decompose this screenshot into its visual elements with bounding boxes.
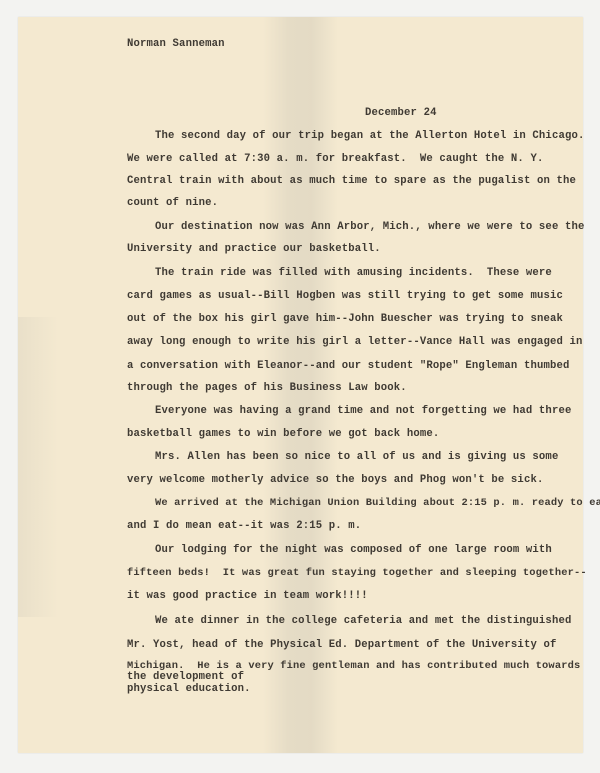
paragraph-6-line-1: We arrived at the Michigan Union Buildin… <box>155 497 600 509</box>
paragraph-5-line-1: Mrs. Allen has been so nice to all of us… <box>155 451 558 463</box>
paragraph-2-line-1: Our destination now was Ann Arbor, Mich.… <box>155 221 584 233</box>
paragraph-2-line-2: University and practice our basketball. <box>127 243 381 255</box>
paragraph-8-line-5: physical education. <box>127 683 251 695</box>
paragraph-3-line-1: The train ride was filled with amusing i… <box>155 267 552 279</box>
paragraph-3-line-3: out of the box his girl gave him--John B… <box>127 313 563 325</box>
paragraph-7-line-3: it was good practice in team work!!!! <box>127 590 368 602</box>
paragraph-4-line-2: basketball games to win before we got ba… <box>127 428 439 440</box>
paragraph-3-line-6: through the pages of his Business Law bo… <box>127 382 407 394</box>
paragraph-8-line-4: the development of <box>127 671 244 683</box>
paragraph-8-line-1: We ate dinner in the college cafeteria a… <box>155 615 571 627</box>
paragraph-7-line-1: Our lodging for the night was composed o… <box>155 544 552 556</box>
paragraph-6-line-2: and I do mean eat--it was 2:15 p. m. <box>127 520 361 532</box>
paragraph-3-line-5: a conversation with Eleanor--and our stu… <box>127 360 570 372</box>
paragraph-8-line-2: Mr. Yost, head of the Physical Ed. Depar… <box>127 639 556 651</box>
author-name: Norman Sanneman <box>127 38 225 50</box>
paper-smudge-left <box>18 317 58 617</box>
paragraph-4-line-1: Everyone was having a grand time and not… <box>155 405 571 417</box>
paragraph-1-line-1: The second day of our trip began at the … <box>155 130 584 142</box>
entry-date: December 24 <box>365 107 437 119</box>
paragraph-1-line-4: count of nine. <box>127 197 218 209</box>
paragraph-7-line-2: fifteen beds! It was great fun staying t… <box>127 567 587 579</box>
paragraph-1-line-2: We were called at 7:30 a. m. for breakfa… <box>127 153 543 165</box>
paragraph-3-line-2: card games as usual--Bill Hogben was sti… <box>127 290 563 302</box>
paragraph-3-line-4: away long enough to write his girl a let… <box>127 336 583 348</box>
paragraph-1-line-3: Central train with about as much time to… <box>127 175 576 187</box>
paragraph-5-line-2: very welcome motherly advice so the boys… <box>127 474 543 486</box>
